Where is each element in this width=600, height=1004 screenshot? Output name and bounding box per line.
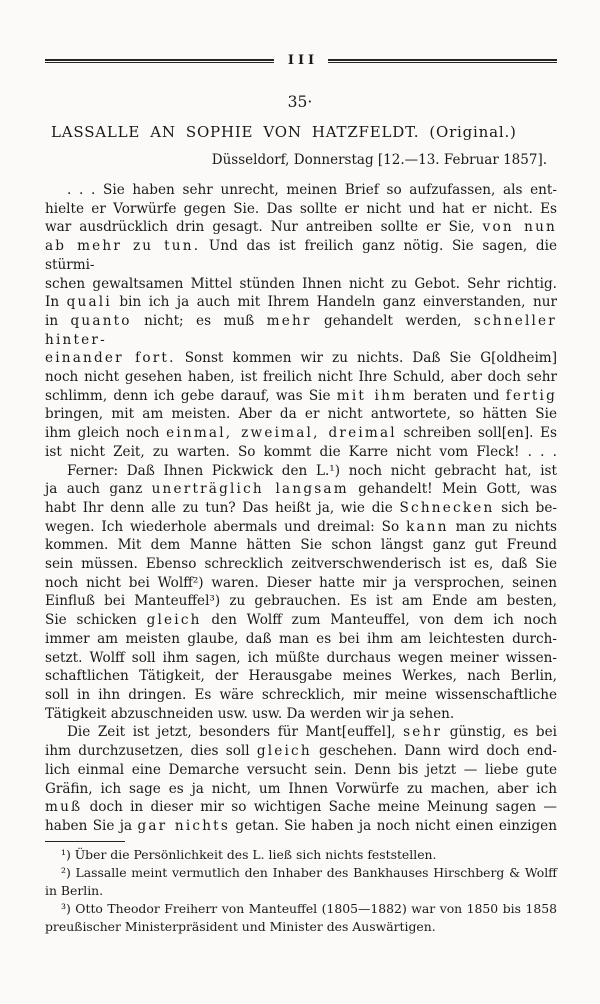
text-line: kommen. Mit dem Manne hätten Sie schon l… — [45, 536, 557, 555]
text-line: immer am meisten glaube, daß man es bei … — [45, 630, 557, 649]
emphasized-text: quanto — [71, 313, 132, 329]
text-line: bringen, mit am meisten. Aber da er nich… — [45, 405, 557, 424]
text-segment: noch nicht gesehen haben, ist freilich n… — [45, 369, 557, 385]
text-segment: ihm durchzusetzen, dies soll — [45, 743, 257, 759]
emphasized-text: sehr — [403, 724, 442, 740]
text-line: wegen. Ich wiederhole abermals und dreim… — [45, 518, 557, 537]
text-line: noch nicht bei Wolff²) waren. Dieser hat… — [45, 574, 557, 593]
emphasized-text: mit ihm — [337, 388, 407, 404]
footnotes: ¹) Über die Persönlichkeit des L. ließ s… — [45, 846, 557, 937]
footnote: ²) Lassalle meint vermutlich den Inhaber… — [45, 864, 557, 900]
text-line: Sie schicken gleich den Wolff zum Manteu… — [45, 611, 557, 630]
text-segment: günstig, es bei — [442, 724, 557, 740]
text-line: lich einmal eine Demarche versucht sein.… — [45, 761, 557, 780]
paragraph: Die Zeit ist jetzt, besonders für Mant[e… — [45, 723, 557, 835]
text-segment: ist nicht Zeit, zu warten. So kommt die … — [45, 444, 557, 460]
text-line: Einfluß bei Manteuffel³) zu gebrauchen. … — [45, 592, 557, 611]
text-segment: habt Ihr denn alle zu tun? Das heißt ja,… — [45, 500, 400, 516]
text-segment: In — [45, 294, 67, 310]
emphasized-text: gleich — [257, 743, 312, 759]
dateline: Düsseldorf, Donnerstag [12.—13. Februar … — [45, 151, 547, 169]
emphasized-text: einander fort. — [45, 350, 176, 366]
footnote: ³) Otto Theodor Freiherr von Manteuffel … — [45, 900, 557, 936]
emphasized-text: einmal, zweimal, dreimal — [166, 425, 397, 441]
emphasized-text: gar nichts — [137, 818, 230, 834]
text-segment: kommen. Mit dem Manne hätten Sie schon l… — [45, 537, 557, 553]
book-page: III 35· LASSALLE AN SOPHIE VON HATZFELDT… — [0, 0, 600, 1004]
text-segment: Sonst kommen wir zu nichts. Daß Sie G[ol… — [176, 350, 557, 366]
text-line: war ausdrücklich drin gesagt. Nur antrei… — [45, 218, 557, 237]
running-head: III — [45, 54, 557, 68]
text-segment: lich einmal eine Demarche versucht sein.… — [45, 762, 557, 778]
text-line: ihm durchzusetzen, dies soll gleich gesc… — [45, 742, 557, 761]
text-segment: den Wolff zum Manteuffel, von dem ich no… — [202, 612, 557, 628]
text-line: schlimm, denn ich gebe darauf, was Sie m… — [45, 387, 557, 406]
text-segment: Ferner: Daß Ihnen Pickwick den L.¹) noch… — [67, 463, 557, 479]
text-segment: gehandelt! Mein Gott, was — [349, 481, 557, 497]
text-line: ist nicht Zeit, zu warten. So kommt die … — [45, 443, 557, 462]
text-segment: wegen. Ich wiederhole abermals und dreim… — [45, 519, 406, 535]
emphasized-text: von nun — [483, 219, 557, 235]
text-line: hielte er Vorwürfe gegen Sie. Das sollte… — [45, 200, 557, 219]
text-segment: schlimm, denn ich gebe darauf, was Sie — [45, 388, 337, 404]
text-segment: ³) Otto Theodor Freiherr von Manteuffel … — [61, 901, 557, 916]
text-line: schen gewaltsamen Mittel stünden Ihnen n… — [45, 275, 557, 294]
text-line: Gräfin, ich sage es ja nicht, um Ihnen V… — [45, 780, 557, 799]
text-line: ihm gleich noch einmal, zweimal, dreimal… — [45, 424, 557, 443]
emphasized-text: fertig — [506, 388, 557, 404]
text-segment: schen gewaltsamen Mittel stünden Ihnen n… — [45, 276, 557, 292]
text-line: noch nicht gesehen haben, ist freilich n… — [45, 368, 557, 387]
text-segment: schaftlichen Tätigkeit, der Herausgabe m… — [45, 668, 557, 684]
emphasized-text: muß — [45, 799, 82, 815]
letter-title: LASSALLE AN SOPHIE VON HATZFELDT. (Origi… — [51, 123, 557, 142]
text-line: In quali bin ich ja auch mit Ihrem Hande… — [45, 293, 557, 312]
text-line: Die Zeit ist jetzt, besonders für Mant[e… — [45, 723, 557, 742]
text-segment: doch in dieser mir so wichtigen Sache me… — [82, 799, 557, 815]
text-line: in Berlin. — [45, 882, 557, 900]
text-line: Ferner: Daß Ihnen Pickwick den L.¹) noch… — [45, 462, 557, 481]
text-segment: hielte er Vorwürfe gegen Sie. Das sollte… — [45, 201, 557, 217]
text-segment: Gräfin, ich sage es ja nicht, um Ihnen V… — [45, 781, 557, 797]
text-segment: getan. Sie haben ja noch nicht einen ein… — [230, 818, 557, 834]
emphasized-text: ab mehr zu tun. — [45, 238, 200, 254]
emphasized-text: mehr — [267, 313, 312, 329]
text-segment: war ausdrücklich drin gesagt. Nur antrei… — [45, 219, 483, 235]
text-line: sein müssen. Ebenso schrecklich zeitvers… — [45, 555, 557, 574]
text-line: ¹) Über die Persönlichkeit des L. ließ s… — [45, 846, 557, 864]
text-segment: soll in ihn dringen. Es wäre schrecklich… — [45, 687, 557, 703]
text-segment: preußischer Ministerpräsident und Minist… — [45, 919, 436, 934]
emphasized-text: kann — [406, 519, 449, 535]
text-segment: schreiben soll[en]. Es — [397, 425, 557, 441]
text-line: muß doch in dieser mir so wichtigen Sach… — [45, 798, 557, 817]
text-line: haben Sie ja gar nichts getan. Sie haben… — [45, 817, 557, 836]
text-line: setzt. Wolff soll ihm sagen, ich müßte d… — [45, 649, 557, 668]
text-line: soll in ihn dringen. Es wäre schrecklich… — [45, 686, 557, 705]
paragraph: Ferner: Daß Ihnen Pickwick den L.¹) noch… — [45, 462, 557, 724]
text-segment: geschehen. Dann wird doch end- — [312, 743, 557, 759]
text-segment: beraten und — [407, 388, 506, 404]
header-rule-right — [328, 59, 557, 63]
text-line: schaftlichen Tätigkeit, der Herausgabe m… — [45, 667, 557, 686]
emphasized-text: quali — [67, 294, 112, 310]
text-line: ab mehr zu tun. Und das ist freilich gan… — [45, 237, 557, 274]
emphasized-text: gleich — [147, 612, 202, 628]
text-line: ²) Lassalle meint vermutlich den Inhaber… — [45, 864, 557, 882]
text-segment: in Berlin. — [45, 883, 103, 898]
text-segment: ²) Lassalle meint vermutlich den Inhaber… — [61, 865, 557, 880]
text-line: einander fort. Sonst kommen wir zu nicht… — [45, 349, 557, 368]
text-line: . . . Sie haben sehr unrecht, meinen Bri… — [45, 181, 557, 200]
page-number: III — [274, 54, 328, 68]
letter-body: . . . Sie haben sehr unrecht, meinen Bri… — [45, 181, 557, 836]
text-segment: in — [45, 313, 71, 329]
text-line: ³) Otto Theodor Freiherr von Manteuffel … — [45, 900, 557, 918]
text-segment: sich be- — [494, 500, 557, 516]
text-segment: Einfluß bei Manteuffel³) zu gebrauchen. … — [45, 593, 557, 609]
text-segment: Die Zeit ist jetzt, besonders für Mant[e… — [67, 724, 403, 740]
emphasized-text: Schnecken — [400, 500, 495, 516]
text-line: Tätigkeit abzuschneiden usw. usw. Da wer… — [45, 705, 557, 724]
text-segment: bringen, mit am meisten. Aber da er nich… — [45, 406, 557, 422]
text-segment: setzt. Wolff soll ihm sagen, ich müßte d… — [45, 650, 557, 666]
text-segment: Sie schicken — [45, 612, 147, 628]
emphasized-text: unerträglich langsam — [152, 481, 349, 497]
text-segment: sein müssen. Ebenso schrecklich zeitvers… — [45, 556, 557, 572]
text-segment: ja auch ganz — [45, 481, 152, 497]
text-segment: . . . Sie haben sehr unrecht, meinen Bri… — [67, 182, 557, 198]
text-segment: Tätigkeit abzuschneiden usw. usw. Da wer… — [45, 706, 454, 722]
text-line: preußischer Ministerpräsident und Minist… — [45, 918, 557, 936]
text-segment: bin ich ja auch mit Ihrem Handeln ganz e… — [112, 294, 557, 310]
text-segment: man zu nichts — [449, 519, 557, 535]
text-segment: noch nicht bei Wolff²) waren. Dieser hat… — [45, 575, 557, 591]
section-number: 35· — [0, 93, 600, 111]
text-line: habt Ihr denn alle zu tun? Das heißt ja,… — [45, 499, 557, 518]
text-segment: ¹) Über die Persönlichkeit des L. ließ s… — [61, 847, 436, 862]
paragraph: . . . Sie haben sehr unrecht, meinen Bri… — [45, 181, 557, 462]
text-line: in quanto nicht; es muß mehr gehandelt w… — [45, 312, 557, 349]
header-rule-left — [45, 59, 274, 63]
footnote: ¹) Über die Persönlichkeit des L. ließ s… — [45, 846, 557, 864]
footnote-separator — [45, 841, 125, 842]
text-segment: ihm gleich noch — [45, 425, 166, 441]
text-segment: gehandelt werden, — [312, 313, 474, 329]
text-segment: haben Sie ja — [45, 818, 137, 834]
text-line: ja auch ganz unerträglich langsam gehand… — [45, 480, 557, 499]
text-segment: nicht; es muß — [132, 313, 267, 329]
text-segment: immer am meisten glaube, daß man es bei … — [45, 631, 557, 647]
